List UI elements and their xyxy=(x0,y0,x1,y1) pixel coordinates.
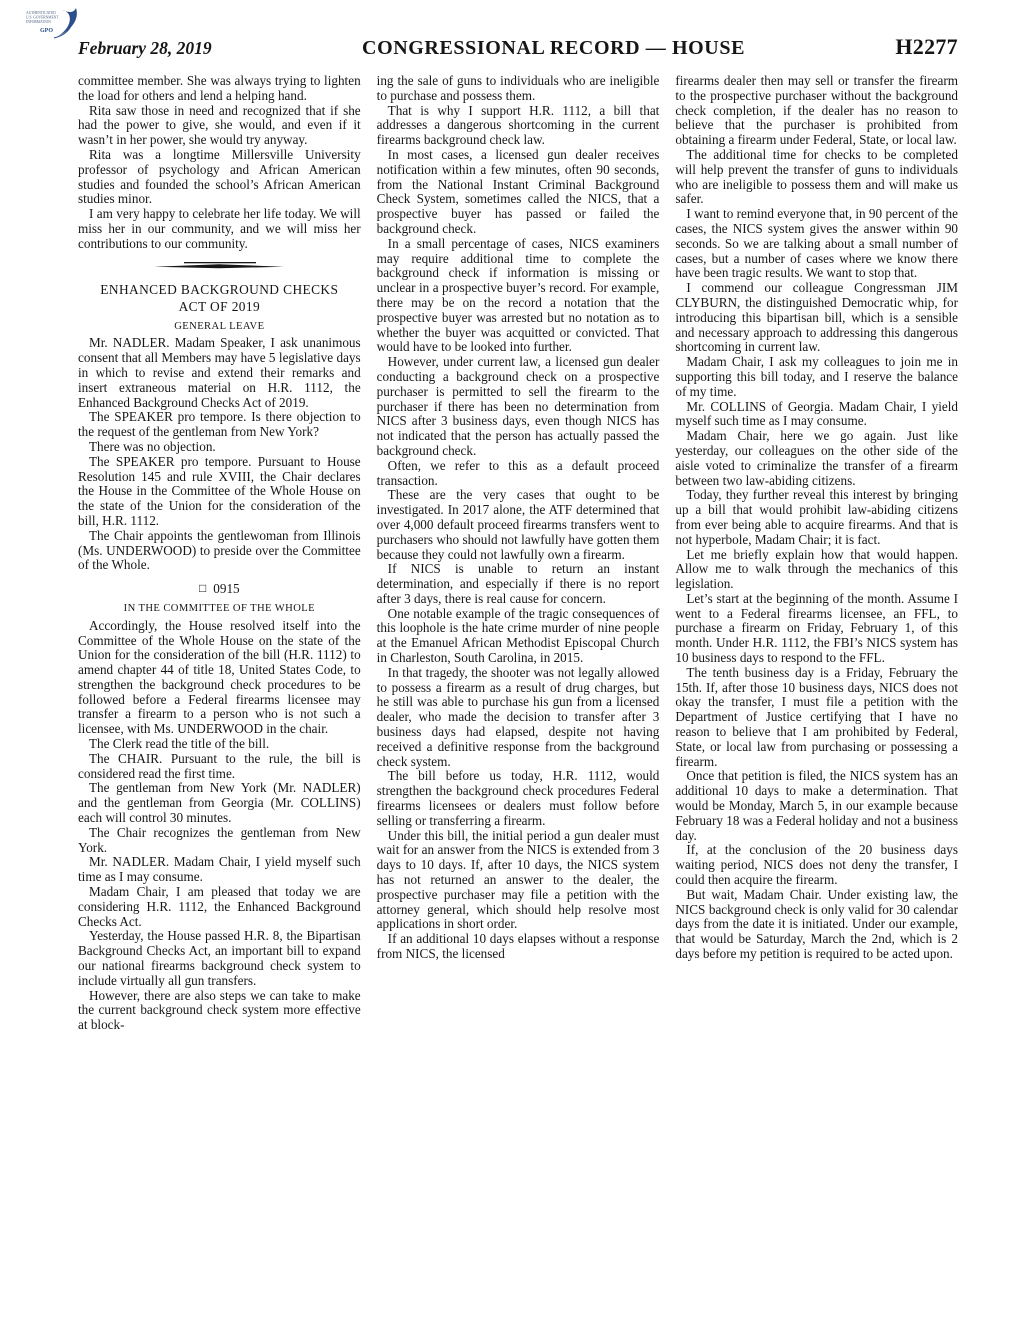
column-2: ing the sale of guns to individuals who … xyxy=(377,74,660,1033)
paragraph: In a small percentage of cases, NICS exa… xyxy=(377,237,660,355)
paragraph: committee member. She was always trying … xyxy=(78,74,361,104)
page-number: H2277 xyxy=(895,34,958,60)
logo-microtext-line: U.S. GOVERNMENT xyxy=(26,16,59,20)
paragraph: Rita was a longtime Millersville Univers… xyxy=(78,148,361,207)
logo-microtext-line: INFORMATION xyxy=(26,20,51,24)
paragraph: Mr. COLLINS of Georgia. Madam Chair, I y… xyxy=(675,400,958,430)
paragraph: The SPEAKER pro tempore. Is there object… xyxy=(78,410,361,440)
column-1: committee member. She was always trying … xyxy=(78,74,361,1033)
section-separator xyxy=(78,261,361,270)
paragraph: Mr. NADLER. Madam Chair, I yield myself … xyxy=(78,855,361,885)
paragraph: If an additional 10 days elapses without… xyxy=(377,932,660,962)
paragraph: The CHAIR. Pursuant to the rule, the bil… xyxy=(78,752,361,782)
paragraph: Madam Chair, here we go again. Just like… xyxy=(675,429,958,488)
paragraph: These are the very cases that ought to b… xyxy=(377,488,660,562)
paragraph: Under this bill, the initial period a gu… xyxy=(377,829,660,933)
paragraph: One notable example of the tragic conseq… xyxy=(377,607,660,666)
paragraph: The Clerk read the title of the bill. xyxy=(78,737,361,752)
paragraph: If NICS is unable to return an instant d… xyxy=(377,562,660,606)
section-heading-line: ENHANCED BACKGROUND CHECKS xyxy=(78,281,361,298)
paragraph: The tenth business day is a Friday, Febr… xyxy=(675,666,958,770)
paragraph: Madam Chair, I ask my colleagues to join… xyxy=(675,355,958,399)
paragraph: Let’s start at the beginning of the mont… xyxy=(675,592,958,666)
section-heading: ENHANCED BACKGROUND CHECKSACT OF 2019 xyxy=(78,281,361,315)
paragraph: The additional time for checks to be com… xyxy=(675,148,958,207)
paragraph: The Chair recognizes the gentleman from … xyxy=(78,826,361,856)
subsection-heading: GENERAL LEAVE xyxy=(78,320,361,335)
paragraph: Accordingly, the House resolved itself i… xyxy=(78,619,361,737)
time-marker: □0915 xyxy=(78,582,361,597)
logo-swoosh xyxy=(58,8,77,36)
paragraph: The bill before us today, H.R. 1112, wou… xyxy=(377,769,660,828)
paragraph: Today, they further reveal this interest… xyxy=(675,488,958,547)
separator-rule-icon xyxy=(154,261,284,270)
paragraph: However, under current law, a licensed g… xyxy=(377,355,660,459)
paragraph: I commend our colleague Congressman JIM … xyxy=(675,281,958,355)
page-header: February 28, 2019 CONGRESSIONAL RECORD —… xyxy=(0,0,1020,60)
paragraph: I am very happy to celebrate her life to… xyxy=(78,207,361,251)
paragraph: I want to remind everyone that, in 90 pe… xyxy=(675,207,958,281)
paragraph: However, there are also steps we can tak… xyxy=(78,989,361,1033)
section-heading-line: ACT OF 2019 xyxy=(78,298,361,315)
paragraph: Once that petition is filed, the NICS sy… xyxy=(675,769,958,843)
paragraph: But wait, Madam Chair. Under existing la… xyxy=(675,888,958,962)
paragraph: Madam Chair, I am pleased that today we … xyxy=(78,885,361,929)
gpo-authentication-logo: AUTHENTICATED U.S. GOVERNMENT INFORMATIO… xyxy=(24,6,88,67)
paragraph: Often, we refer to this as a default pro… xyxy=(377,459,660,489)
congressional-record-page: AUTHENTICATED U.S. GOVERNMENT INFORMATIO… xyxy=(0,0,1020,1320)
subsection-heading: IN THE COMMITTEE OF THE WHOLE xyxy=(78,602,361,617)
gpo-logo-graphic: AUTHENTICATED U.S. GOVERNMENT INFORMATIO… xyxy=(24,6,88,62)
paragraph: ing the sale of guns to individuals who … xyxy=(377,74,660,104)
record-title: CONGRESSIONAL RECORD — HOUSE xyxy=(212,37,896,60)
paragraph: In that tragedy, the shooter was not leg… xyxy=(377,666,660,770)
column-3: firearms dealer then may sell or transfe… xyxy=(675,74,958,1033)
time-value: 0915 xyxy=(213,581,239,596)
paragraph: firearms dealer then may sell or transfe… xyxy=(675,74,958,148)
paragraph: The gentleman from New York (Mr. NADLER)… xyxy=(78,781,361,825)
paragraph: Rita saw those in need and recognized th… xyxy=(78,104,361,148)
white-square-icon: □ xyxy=(199,581,206,595)
paragraph: If, at the conclusion of the 20 business… xyxy=(675,843,958,887)
paragraph: That is why I support H.R. 1112, a bill … xyxy=(377,104,660,148)
logo-microtext-line: AUTHENTICATED xyxy=(26,11,56,15)
paragraph: Mr. NADLER. Madam Speaker, I ask unanimo… xyxy=(78,336,361,410)
record-date: February 28, 2019 xyxy=(78,38,212,59)
paragraph: In most cases, a licensed gun dealer rec… xyxy=(377,148,660,237)
page-columns: committee member. She was always trying … xyxy=(0,60,1020,1033)
paragraph: The SPEAKER pro tempore. Pursuant to Hou… xyxy=(78,455,361,529)
paragraph: There was no objection. xyxy=(78,440,361,455)
paragraph: Let me briefly explain how that would ha… xyxy=(675,548,958,592)
paragraph: The Chair appoints the gentlewoman from … xyxy=(78,529,361,573)
paragraph: Yesterday, the House passed H.R. 8, the … xyxy=(78,929,361,988)
logo-gpo-label: GPO xyxy=(40,28,53,34)
